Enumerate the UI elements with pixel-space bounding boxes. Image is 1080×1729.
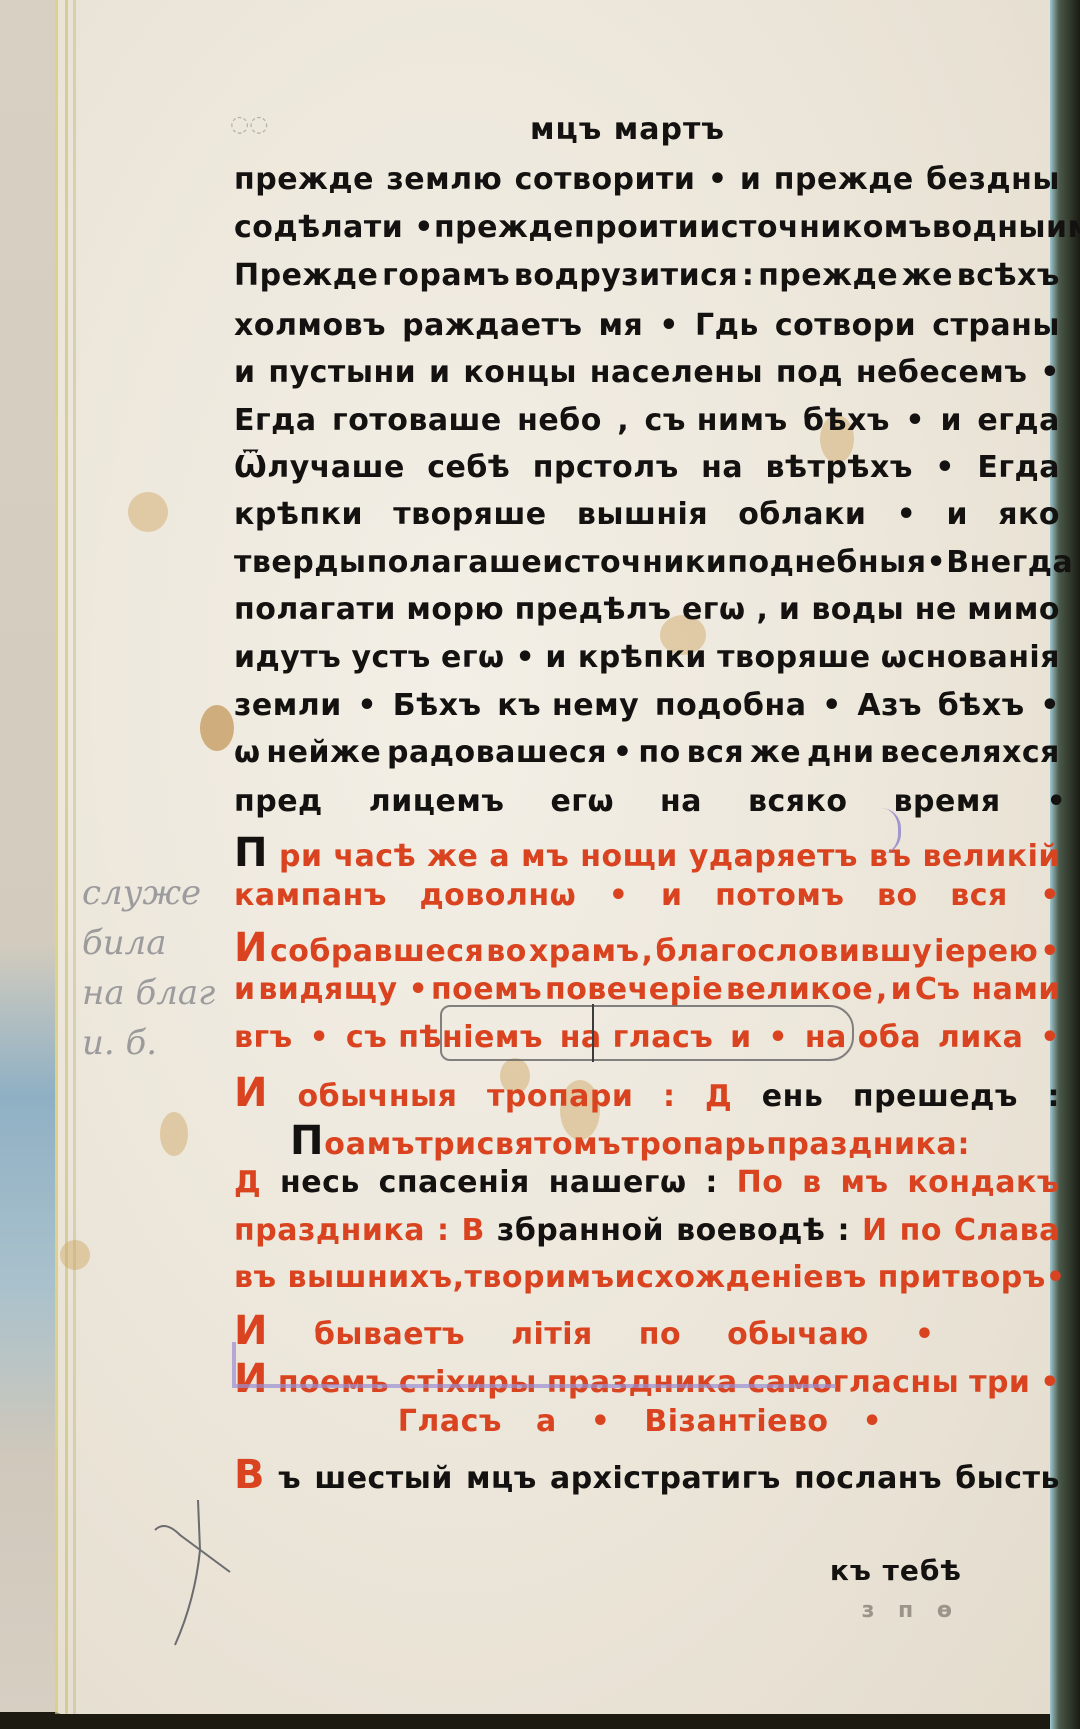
catchword: къ тебѣ (830, 1554, 962, 1587)
text-word: и крѣпки (545, 640, 707, 675)
gutter-line (55, 0, 58, 1714)
text-word: радовашеся (387, 735, 607, 770)
text-word: источникомъ (699, 210, 932, 245)
rubric-word: собравшеся (270, 934, 484, 969)
text-word: полагати (234, 592, 396, 627)
text-word: посланъ (794, 1461, 942, 1496)
text-word: • (1040, 688, 1060, 723)
quire-signature: з п ѳ (862, 1598, 960, 1623)
text-word: полагаше (367, 545, 543, 580)
text-word: збранной (497, 1213, 664, 1248)
text-line: кампанъдоволнѡ•ипотомъвовся• (234, 878, 1060, 913)
text-word: прежде (434, 210, 574, 245)
text-line: ѡнейжерадовашеся•повсяжеднивеселяхся (234, 735, 1060, 770)
rubric-word: повечеріе (545, 972, 723, 1007)
text-word: Прежде (234, 258, 378, 293)
rubric-word: : (437, 1213, 450, 1248)
rubric-word: Візантіево (644, 1404, 828, 1439)
text-word: Гдь (695, 308, 759, 343)
text-word: егѡ • (441, 640, 535, 675)
rubric-word: а (346, 1127, 367, 1162)
rubric-word: И (234, 1070, 268, 1116)
rubric-word: по (900, 1213, 942, 1248)
text-word: • (1040, 355, 1060, 390)
text-line: Днесьспасеніянашегѡ:Повмъкондакъ (234, 1165, 1060, 1200)
text-word: же (750, 735, 801, 770)
rubric-word: поемъ (431, 972, 542, 1007)
text-word: прежде (774, 162, 914, 197)
rubric-word: исхожденіе (615, 1260, 825, 1295)
rubric-word: мъ (367, 1127, 415, 1162)
text-word: же (902, 258, 953, 293)
text-line: Въшестыймцъархістратигъпосланъбысть (234, 1452, 1060, 1498)
rubric-word: По (737, 1165, 784, 1200)
page-header: мцъ мартъ (530, 112, 725, 147)
stain (60, 1240, 90, 1270)
rubric-word: нощи (580, 839, 678, 874)
text-word: водныимъ • (932, 210, 1080, 245)
text-word: концы (463, 355, 577, 390)
rubric-word: : (957, 1127, 970, 1162)
rubric-word: видящу • (258, 972, 428, 1007)
text-word: водрузитися (514, 258, 738, 293)
text-word: всѣхъ (957, 258, 1060, 293)
rubric-word: обычныя (298, 1079, 458, 1114)
text-word: землю (386, 162, 502, 197)
text-word: готоваше (332, 403, 502, 438)
text-word: : (742, 258, 755, 293)
text-word: шестый (314, 1461, 453, 1496)
text-word: : (1047, 1079, 1060, 1114)
text-word: под (776, 355, 843, 390)
text-word: ъ (278, 1461, 301, 1496)
stain (200, 705, 234, 751)
rubric-word: ударяетъ (689, 839, 858, 874)
rubric-word: и (891, 972, 913, 1007)
text-word: П (290, 1118, 324, 1164)
rubric-word: Д (705, 1079, 732, 1114)
text-word: архістратигъ (550, 1461, 781, 1496)
rubric-word: праздника (234, 1213, 425, 1248)
stain (160, 1112, 188, 1156)
rubric-word: мъ (521, 839, 569, 874)
text-word: поднебныя (727, 545, 926, 580)
text-word: • (1047, 784, 1067, 819)
text-word: Бѣхъ (393, 688, 482, 723)
rubric-word: во (877, 878, 918, 913)
text-word: яко (998, 497, 1060, 532)
pencil-enclosure-mark (440, 1005, 854, 1061)
rubric-word: • (1040, 934, 1060, 969)
text-line: холмовъраждаетъмя•Гдьсотвористраны (234, 308, 1060, 343)
rubric-word: • (1040, 1365, 1060, 1400)
text-word: себѣ (427, 450, 510, 485)
text-word: всяко (748, 784, 848, 819)
text-word: • (927, 545, 947, 580)
rubric-word: • (863, 1404, 883, 1439)
text-line: крѣпкитворяшевышніяоблаки•ияко (234, 497, 1060, 532)
text-word: сотворити (515, 162, 696, 197)
text-word: • (357, 688, 377, 723)
text-word: прстолъ (533, 450, 679, 485)
text-word: раждаетъ (402, 308, 582, 343)
text-word: творяше (393, 497, 546, 532)
rubric-word: , (453, 1260, 465, 1295)
text-word: творяше (717, 640, 870, 675)
text-word: , (617, 403, 629, 438)
text-word: облаки (738, 497, 866, 532)
text-word: земли (234, 688, 342, 723)
text-word: небесемъ (856, 355, 1028, 390)
rubric-word: храмъ (529, 934, 640, 969)
text-word: и воды (779, 592, 904, 627)
rubric-word: И (862, 1213, 888, 1248)
text-line: Поамътрисвятомътропарьпраздника: (290, 1118, 970, 1164)
text-word: веселяхся (880, 735, 1060, 770)
text-line: праздника:Взбраннойвоеводѣ:ИпоСлава (234, 1213, 1060, 1248)
text-word: пред (234, 784, 323, 819)
text-word: и (940, 403, 962, 438)
text-line: предлицемъегѡнавсяковремя• (234, 784, 1060, 819)
text-word: предѣлъ (515, 592, 672, 627)
text-word: на (701, 450, 743, 485)
text-word: не (915, 592, 957, 627)
text-word: • (613, 735, 633, 770)
text-word: нашегѡ (549, 1165, 687, 1200)
text-line: Гласъа•Візантіево• (420, 1404, 860, 1439)
violet-underline-mark (232, 1342, 836, 1388)
text-word: пустыни (268, 355, 416, 390)
rubric-word: Д (234, 1165, 261, 1200)
text-word: бысть (955, 1461, 1060, 1496)
text-word: Егда (977, 450, 1060, 485)
rubric-word: три (969, 1365, 1030, 1400)
text-word: • (822, 688, 842, 723)
text-word: : (705, 1165, 718, 1200)
text-line: въ вышнихъ,творимъисхожденіевъ притворъ• (234, 1260, 1060, 1295)
text-word: П (234, 830, 268, 876)
text-word: морю (406, 592, 504, 627)
text-word: воеводѣ (676, 1213, 825, 1248)
text-word: егѡ , (682, 592, 768, 627)
text-word: вѣтрѣхъ (766, 450, 913, 485)
rubric-word: благословившу (655, 934, 932, 969)
text-word: идутъ (234, 640, 341, 675)
rubric-word: творимъ (465, 1260, 615, 1295)
rubric-word: о (324, 1127, 345, 1162)
text-word: спасенія (379, 1165, 530, 1200)
text-word: проити (574, 210, 699, 245)
rubric-word: лика (938, 1020, 1024, 1055)
text-word: мцъ (466, 1461, 537, 1496)
text-word: бѣхъ (938, 688, 1025, 723)
text-word: устъ (351, 640, 430, 675)
rubric-word: въ притворъ (824, 1260, 1046, 1295)
rubric-word: В (234, 1452, 265, 1498)
text-word: на (660, 784, 702, 819)
text-word: дни (807, 735, 874, 770)
text-line: Иобычныятропари:Деньпрешедъ: (234, 1070, 1060, 1116)
text-word: и (740, 162, 762, 197)
rubric-word: мъ (840, 1165, 888, 1200)
text-word: Ѿлучаше (234, 450, 405, 485)
rubric-word: во (486, 934, 527, 969)
rubric-word: • (1046, 1260, 1066, 1295)
rubric-word: И (234, 925, 268, 971)
text-word: • (659, 308, 679, 343)
text-word: вся (687, 735, 745, 770)
text-word: прежде (234, 162, 374, 197)
rubric-word: вся (950, 878, 1008, 913)
text-word: по (638, 735, 680, 770)
text-word: мя (598, 308, 643, 343)
rubric-word: а (536, 1404, 557, 1439)
stain (128, 492, 168, 532)
text-word: содѣлати • (234, 210, 434, 245)
text-word: и (234, 355, 256, 390)
backing-board (0, 0, 60, 1712)
rubric-word: а (489, 839, 510, 874)
text-line: ипустынииконцынаселеныподнебесемъ• (234, 355, 1060, 390)
text-word: • (897, 497, 917, 532)
rubric-word: вгъ (234, 1020, 293, 1055)
text-word: Егда (234, 403, 317, 438)
text-word: подобна (655, 688, 807, 723)
text-word: егѡ (550, 784, 614, 819)
text-word: бездны (926, 162, 1060, 197)
rubric-word: трисвятомъ (415, 1127, 621, 1162)
pencil-cross-mark (150, 1500, 250, 1650)
rubric-word: , (876, 972, 888, 1007)
rubric-word: • (1040, 1020, 1060, 1055)
faded-mark: ◌◌ (230, 112, 280, 144)
text-line: земли•Бѣхъкъ немуподобна•Азъбѣхъ• (234, 688, 1060, 723)
text-word: Внегда (946, 545, 1073, 580)
text-line: твердыполагашеисточникиподнебныя•Внегда (234, 545, 1060, 580)
text-word: прежде (758, 258, 898, 293)
text-line: Ѿлучашесебѣпрстолънавѣтрѣхъ•Егда (234, 450, 1060, 485)
rubric-word: тропари (487, 1079, 633, 1114)
rubric-word: тропарь (621, 1127, 765, 1162)
text-line: ивидящу •поемъповечеріевеликое,иСъ нами (234, 972, 1060, 1007)
text-word: Азъ (857, 688, 922, 723)
text-line: Егдаготовашенебо,съ нимъбѣхъ•иегда (234, 403, 1060, 438)
text-word: • (708, 162, 728, 197)
rubric-word: , (642, 934, 654, 969)
rubric-word: • (591, 1404, 611, 1439)
text-word: егда (977, 403, 1060, 438)
text-word: къ нему (497, 688, 639, 723)
rubric-word: іерею (934, 934, 1038, 969)
text-word: несь (280, 1165, 360, 1200)
text-word: небо (517, 403, 602, 438)
text-word: страны (932, 308, 1060, 343)
text-word: вышнія (577, 497, 708, 532)
text-word: ѡ (234, 735, 261, 770)
text-line: Преждегорамъводрузитися:преждежевсѣхъ (234, 258, 1060, 293)
text-word: время (894, 784, 1001, 819)
rubric-word: • (609, 878, 629, 913)
rubric-word: въ вышнихъ (234, 1260, 453, 1295)
gutter-line (65, 0, 68, 1714)
text-word: населены (590, 355, 763, 390)
rubric-word: потомъ (715, 878, 844, 913)
text-word: съ нимъ (645, 403, 788, 438)
text-word: • (935, 450, 955, 485)
rubric-word: доволнѡ (419, 878, 576, 913)
rubric-word: • (309, 1020, 329, 1055)
text-line: Исобравшесявохрамъ,благословившуіерею• (234, 925, 1060, 971)
rubric-word: кондакъ (907, 1165, 1060, 1200)
rubric-word: праздника (766, 1127, 957, 1162)
rubric-word: кампанъ (234, 878, 387, 913)
text-line: преждеземлюсотворити•ипреждебездны (234, 162, 1060, 197)
gutter-line (73, 0, 76, 1714)
text-word: нейже (266, 735, 381, 770)
text-word: прешедъ (853, 1079, 1018, 1114)
text-word: тверды (234, 545, 367, 580)
text-word: и (947, 497, 969, 532)
rubric-word: : (663, 1079, 676, 1114)
rubric-word: и (234, 972, 256, 1007)
rubric-word: ри часѣ же (279, 839, 478, 874)
text-word: бѣхъ (803, 403, 890, 438)
text-word: и (429, 355, 451, 390)
rubric-word: Съ нами (915, 972, 1060, 1007)
text-line: При часѣ жеамънощиударяетъвъ великій (234, 830, 1060, 876)
rubric-word: в (802, 1165, 821, 1200)
rubric-word: В (462, 1213, 485, 1248)
text-word: : (837, 1213, 850, 1248)
rubric-word: и (661, 878, 683, 913)
text-word: горамъ (382, 258, 510, 293)
text-line: полагатиморюпредѣлъегѡ ,и водынемимо (234, 592, 1060, 627)
text-line: содѣлати •преждепроитиисточникомъводныим… (234, 210, 1060, 245)
text-word: мимо (967, 592, 1060, 627)
text-word: ень (762, 1079, 824, 1114)
text-word: • (905, 403, 925, 438)
rubric-word: • (1040, 878, 1060, 913)
rubric-word: великое (726, 972, 873, 1007)
text-word: источники (542, 545, 727, 580)
text-word: ѡснованія (881, 640, 1060, 675)
text-word: лицемъ (369, 784, 505, 819)
rubric-word: Слава (954, 1213, 1060, 1248)
text-word: сотвори (775, 308, 916, 343)
rubric-word: • (915, 1317, 935, 1352)
text-word: холмовъ (234, 308, 386, 343)
pencil-tick-mark (592, 1004, 594, 1062)
text-line: идутъустъегѡ •и крѣпкитворяшеѡснованія (234, 640, 1060, 675)
pencil-marginal-note: служе била на благ и. б. (82, 868, 222, 1068)
rubric-word: Гласъ (398, 1404, 502, 1439)
text-word: крѣпки (234, 497, 363, 532)
